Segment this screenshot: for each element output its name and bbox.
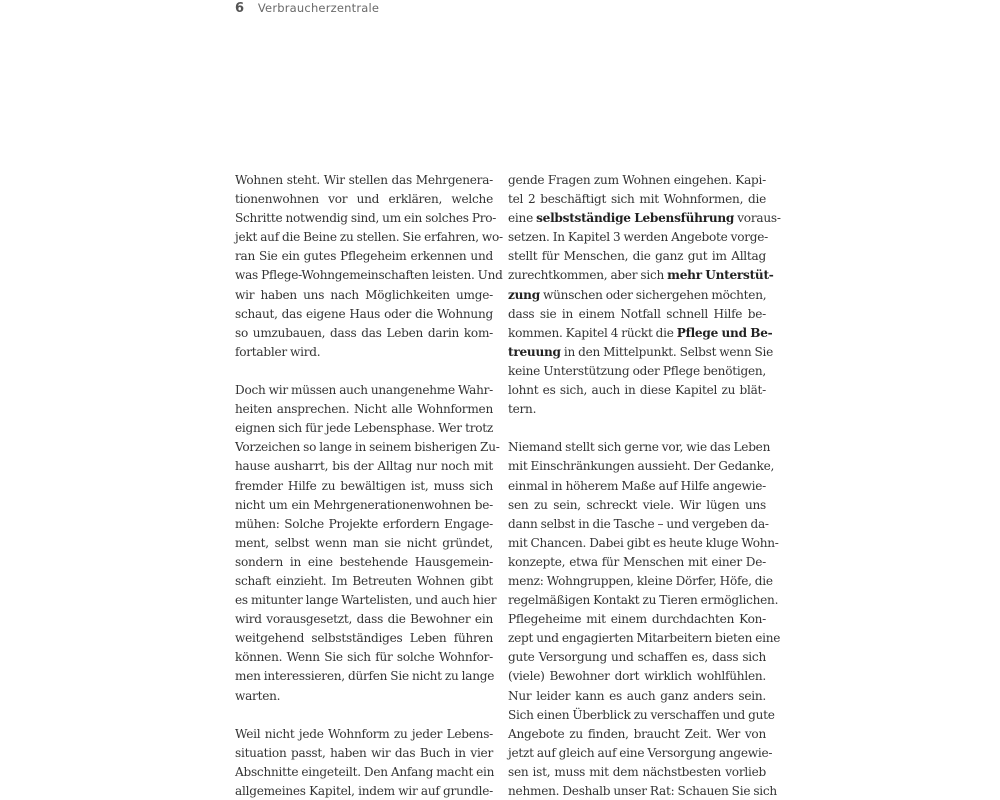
text-line: hause ausharrt, bis der Alltag nur noch … xyxy=(235,457,493,476)
text-line: wird vorausgesetzt, dass die Bewohner ei… xyxy=(235,610,493,629)
text-line: Abschnitte eingeteilt. Den Anfang macht … xyxy=(235,763,493,782)
text-run: in den Mittelpunkt. Selbst wenn Sie xyxy=(561,345,773,359)
text-line: es mitunter lange Wartelisten, und auch … xyxy=(235,591,493,610)
text-run: eine xyxy=(508,211,536,225)
text-line: zung wünschen oder sichergehen möchten, xyxy=(508,286,766,305)
text-line: (viele) Bewohner dort wirklich wohlfühle… xyxy=(508,667,766,686)
right-text-column: gende Fragen zum Wohnen eingehen. Kapi- … xyxy=(508,171,766,800)
text-line: regelmäßigen Kontakt zu Tieren ermöglich… xyxy=(508,591,766,610)
text-line: allgemeines Kapitel, indem wir auf grund… xyxy=(235,782,493,800)
text-line: gende Fragen zum Wohnen eingehen. Kapi- xyxy=(508,171,766,190)
text-line: zept und engagierten Mitarbeitern bieten… xyxy=(508,629,766,648)
text-line: Vorzeichen so lange in seinem bisherigen… xyxy=(235,438,493,457)
text-line: Doch wir müssen auch unangenehme Wahr- xyxy=(235,381,493,400)
running-header: 6 Verbraucherzentrale xyxy=(235,0,379,16)
text-line: sen ist, muss mit dem nächstbesten vorli… xyxy=(508,763,766,782)
text-line: fremder Hilfe zu bewältigen ist, muss si… xyxy=(235,477,493,496)
text-line: einmal in höherem Maße auf Hilfe angewie… xyxy=(508,477,766,496)
text-line: dann selbst in die Tasche – und vergeben… xyxy=(508,515,766,534)
text-line: stellt für Menschen, die ganz gut im All… xyxy=(508,247,766,266)
paragraph-2: Doch wir müssen auch unangenehme Wahr- h… xyxy=(235,381,493,706)
paragraph-4: gende Fragen zum Wohnen eingehen. Kapi- … xyxy=(508,171,766,419)
emphasis-mehr-unterstuetzung-cont: zung xyxy=(508,288,540,302)
text-line: Wohnen steht. Wir stellen das Mehrgenera… xyxy=(235,171,493,190)
text-line: treuung in den Mittelpunkt. Selbst wenn … xyxy=(508,343,766,362)
text-line: schaut, das eigene Haus oder die Wohnung xyxy=(235,305,493,324)
paragraph-gap xyxy=(235,706,493,725)
left-text-column: Wohnen steht. Wir stellen das Mehrgenera… xyxy=(235,171,493,800)
text-line: fortabler wird. xyxy=(235,343,493,362)
paragraph-1: Wohnen steht. Wir stellen das Mehrgenera… xyxy=(235,171,493,362)
text-run: voraus- xyxy=(734,211,781,225)
text-line: nicht um ein Mehrgenerationenwohnen be- xyxy=(235,496,493,515)
text-line: dass sie in einem Notfall schnell Hilfe … xyxy=(508,305,766,324)
text-line: zurechtkommen, aber sich mehr Unterstüt- xyxy=(508,266,766,285)
text-line: Niemand stellt sich gerne vor, wie das L… xyxy=(508,438,766,457)
text-line: Sich einen Überblick zu verschaffen und … xyxy=(508,706,766,725)
text-line: mit Einschränkungen aussieht. Der Gedank… xyxy=(508,457,766,476)
text-line: ran Sie ein gutes Pflegeheim erkennen un… xyxy=(235,247,493,266)
text-line: Weil nicht jede Wohnform zu jeder Lebens… xyxy=(235,725,493,744)
text-line: Angebote zu finden, braucht Zeit. Wer vo… xyxy=(508,725,766,744)
document-page: 6 Verbraucherzentrale Wohnen steht. Wir … xyxy=(0,0,1000,800)
paragraph-gap xyxy=(235,362,493,381)
text-line: sen zu sein, schreckt viele. Wir lügen u… xyxy=(508,496,766,515)
text-line: nehmen. Deshalb unser Rat: Schauen Sie s… xyxy=(508,782,766,800)
text-run: wünschen oder sichergehen möchten, xyxy=(540,288,766,302)
text-line: setzen. In Kapitel 3 werden Angebote vor… xyxy=(508,228,766,247)
text-line: men interessieren, dürfen Sie nicht zu l… xyxy=(235,667,493,686)
text-line: weitgehend selbstständiges Leben führen xyxy=(235,629,493,648)
text-line: jetzt auf gleich auf eine Versorgung ang… xyxy=(508,744,766,763)
text-line: jekt auf die Beine zu stellen. Sie erfah… xyxy=(235,228,493,247)
text-line: können. Wenn Sie sich für solche Wohnfor… xyxy=(235,648,493,667)
text-line: Pflegeheime mit einem durchdachten Kon- xyxy=(508,610,766,629)
text-line: lohnt es sich, auch in diese Kapitel zu … xyxy=(508,381,766,400)
text-line: menz: Wohngruppen, kleine Dörfer, Höfe, … xyxy=(508,572,766,591)
text-line: Nur leider kann es auch ganz anders sein… xyxy=(508,687,766,706)
paragraph-5: Niemand stellt sich gerne vor, wie das L… xyxy=(508,438,766,800)
text-line: eine selbstständige Lebensführung voraus… xyxy=(508,209,766,228)
emphasis-pflege-und-betreuung-cont: treuung xyxy=(508,345,561,359)
text-line: ment, selbst wenn man sie nicht gründet, xyxy=(235,534,493,553)
page-number: 6 xyxy=(235,1,244,16)
text-run: kommen. Kapitel 4 rückt die xyxy=(508,326,677,340)
text-line: tern. xyxy=(508,400,766,419)
text-line: tel 2 beschäftigt sich mit Wohnformen, d… xyxy=(508,190,766,209)
text-line: kommen. Kapitel 4 rückt die Pflege und B… xyxy=(508,324,766,343)
publisher-name: Verbraucherzentrale xyxy=(258,1,379,15)
text-line: heiten ansprechen. Nicht alle Wohnformen xyxy=(235,400,493,419)
text-line: schaft einzieht. Im Betreuten Wohnen gib… xyxy=(235,572,493,591)
text-line: eignen sich für jede Lebensphase. Wer tr… xyxy=(235,419,493,438)
text-run: zurechtkommen, aber sich xyxy=(508,268,667,282)
text-line: mühen: Solche Projekte erfordern Engage- xyxy=(235,515,493,534)
paragraph-3: Weil nicht jede Wohnform zu jeder Lebens… xyxy=(235,725,493,800)
text-line: mit Chancen. Dabei gibt es heute kluge W… xyxy=(508,534,766,553)
text-line: sondern in eine bestehende Hausgemein- xyxy=(235,553,493,572)
text-line: so umzubauen, dass das Leben darin kom- xyxy=(235,324,493,343)
text-line: warten. xyxy=(235,687,493,706)
text-line: situation passt, haben wir das Buch in v… xyxy=(235,744,493,763)
text-line: wir haben uns nach Möglichkeiten umge- xyxy=(235,286,493,305)
emphasis-mehr-unterstuetzung: mehr Unterstüt- xyxy=(667,268,773,282)
text-line: gute Versorgung und schaffen es, dass si… xyxy=(508,648,766,667)
paragraph-gap xyxy=(508,419,766,438)
text-line: tionenwohnen vor und erklären, welche xyxy=(235,190,493,209)
text-line: konzepte, etwa für Menschen mit einer De… xyxy=(508,553,766,572)
text-line: Schritte notwendig sind, um ein solches … xyxy=(235,209,493,228)
text-line: was Pflege-Wohngemeinschaften leisten. U… xyxy=(235,266,493,285)
emphasis-selbststaendige-lebensfuehrung: selbstständige Lebensführung xyxy=(536,211,734,225)
emphasis-pflege-und-betreuung: Pflege und Be- xyxy=(677,326,773,340)
text-line: keine Unterstützung oder Pflege benötige… xyxy=(508,362,766,381)
